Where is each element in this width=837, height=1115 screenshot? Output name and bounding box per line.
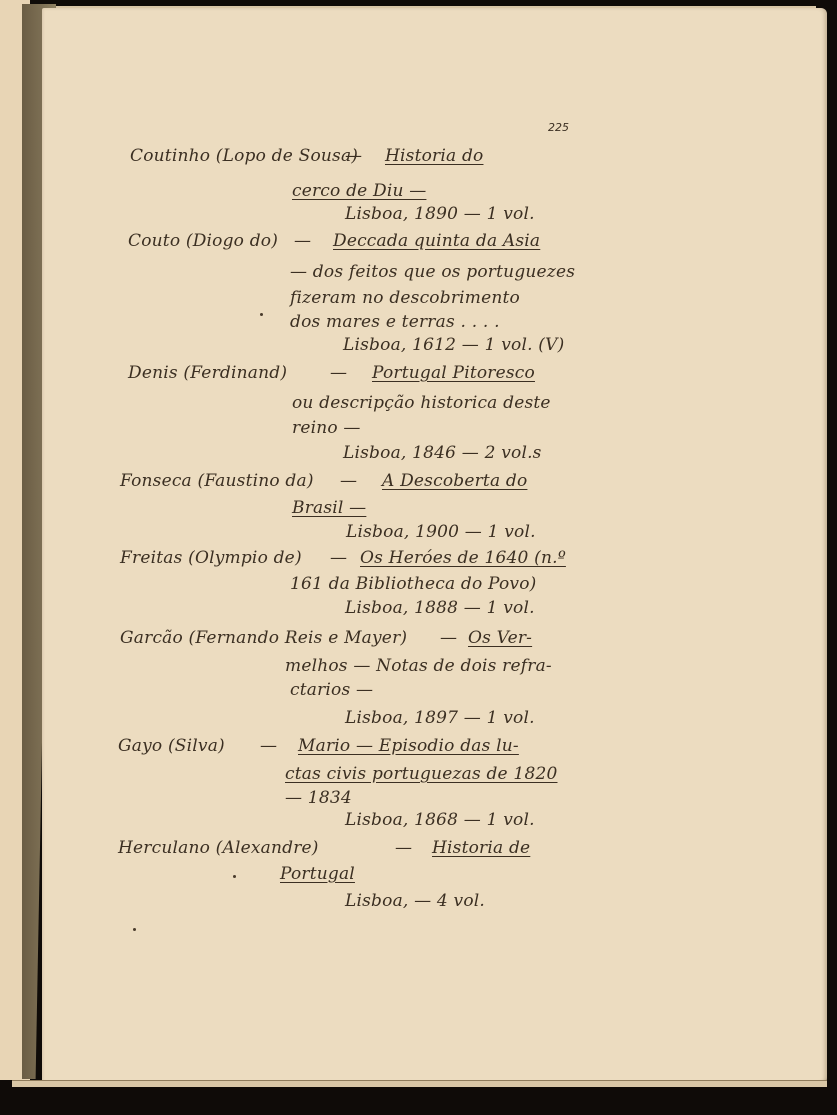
entry-title-line: Deccada quinta da Asia <box>333 233 540 250</box>
entry-title-line: reino — <box>292 420 361 437</box>
entry-imprint: Lisboa, 1897 — 1 vol. <box>345 710 535 727</box>
entry-title-line: Historia do <box>385 148 483 165</box>
ink-dot <box>233 875 236 878</box>
entry-author: Freitas (Olympio de) <box>120 550 302 567</box>
page-bottom-edge <box>12 1080 827 1087</box>
entry-author: Coutinho (Lopo de Sousa) <box>130 148 358 165</box>
entry-title-line: Historia de <box>432 840 530 857</box>
entry-title-line: ctas civis portuguezas de 1820 <box>285 766 558 783</box>
entry-title-line: Brasil — <box>292 500 366 517</box>
entry-title-line: fizeram no descobrimento <box>290 290 520 307</box>
entry-author: Herculano (Alexandre) <box>118 840 319 857</box>
manuscript-page <box>42 8 827 1086</box>
entry-title-line: Os Ver- <box>468 630 532 647</box>
page-number: 225 <box>548 121 569 134</box>
entry-author: Couto (Diogo do) <box>128 233 278 250</box>
entry-title-line: — dos feitos que os portuguezes <box>290 264 575 281</box>
entry-author: Denis (Ferdinand) <box>128 365 287 382</box>
entry-title-line: Portugal Pitoresco <box>372 365 535 382</box>
entry-imprint: Lisboa, 1846 — 2 vol.s <box>343 445 542 462</box>
entry-imprint: Lisboa, 1612 — 1 vol. (V) <box>343 337 564 354</box>
entry-title-line: melhos — Notas de dois refra- <box>285 658 552 675</box>
entry-author: Garcão (Fernando Reis e Mayer) <box>120 630 407 647</box>
entry-imprint: Lisboa, — 4 vol. <box>345 893 485 910</box>
entry-title-line: ou descripção historica deste <box>292 395 551 412</box>
entry-author: Fonseca (Faustino da) <box>120 473 314 490</box>
entry-title-line: ctarios — <box>290 682 373 699</box>
entry-imprint: Lisboa, 1888 — 1 vol. <box>345 600 535 617</box>
entry-imprint: Lisboa, 1890 — 1 vol. <box>345 206 535 223</box>
entry-imprint: Lisboa, 1900 — 1 vol. <box>346 524 536 541</box>
entry-title-line: 161 da Bibliotheca do Povo) <box>290 576 536 593</box>
entry-imprint: Lisboa, 1868 — 1 vol. <box>345 812 535 829</box>
entry-title-line: A Descoberta do <box>382 473 527 490</box>
ink-dot <box>260 313 263 316</box>
entry-title-line: Mario — Episodio das lu- <box>298 738 519 755</box>
entry-author: Gayo (Silva) <box>118 738 225 755</box>
entry-title-line: Os Heróes de 1640 (n.º <box>360 550 566 567</box>
entry-title-line: dos mares e terras . . . . <box>290 314 500 331</box>
entry-title-line: cerco de Diu — <box>292 183 426 200</box>
entry-title-line: — 1834 <box>285 790 352 807</box>
ink-dot <box>133 928 136 931</box>
entry-title-line: Portugal <box>280 866 355 883</box>
